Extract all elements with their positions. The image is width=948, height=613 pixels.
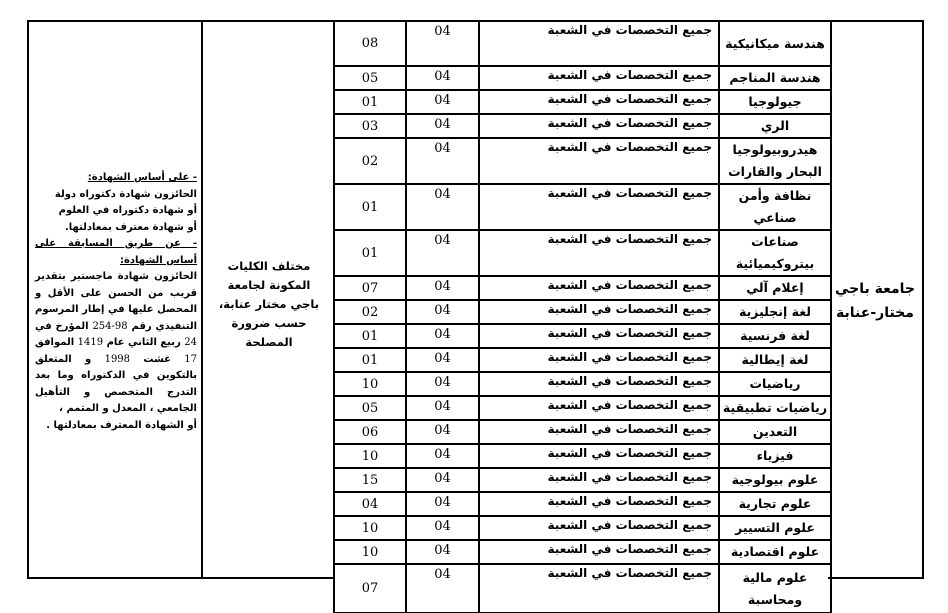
field-cell: لغة إنجليزية — [719, 300, 831, 324]
positions-count-cell: 02 — [334, 300, 406, 324]
field-cell: فيزياء — [719, 444, 831, 468]
years-cell: 04 — [406, 420, 479, 444]
years-cell: 04 — [406, 372, 479, 396]
magister-text-c: ربيع الثاني عام — [107, 337, 181, 348]
positions-count-cell: 07 — [334, 564, 406, 613]
years-cell: 04 — [406, 66, 479, 90]
field-cell: الري — [719, 114, 831, 138]
positions-count-cell: 10 — [334, 516, 406, 540]
field-cell: إعلام آلي — [719, 276, 831, 300]
field-cell: رياضيات — [719, 372, 831, 396]
magister-text-d: الموافق — [35, 337, 74, 348]
years-cell: 04 — [406, 184, 479, 230]
years-value: 04 — [407, 115, 478, 134]
years-value: 04 — [407, 397, 478, 416]
years-value: 04 — [407, 373, 478, 392]
field-cell: علوم بيولوجية — [719, 468, 831, 492]
table-row: 0104جميع التخصصات في الشعبةصناعات بيتروك… — [334, 230, 831, 276]
table-row: 1004جميع التخصصات في الشعبةرياضيات — [334, 372, 831, 396]
faculties-line-1: مختلف الكليات — [207, 257, 331, 276]
specialty-cell: جميع التخصصات في الشعبة — [479, 444, 719, 468]
field-cell: صناعات بيتروكيميائية — [719, 230, 831, 276]
requirements-doctorate-line3: أو شهادة معترف بمعادلتها. — [35, 220, 197, 237]
years-value: 04 — [407, 493, 478, 512]
years-cell: 04 — [406, 516, 479, 540]
years-value: 04 — [407, 91, 478, 110]
table-row: 0704جميع التخصصات في الشعبةعلوم مالية وم… — [334, 564, 831, 613]
field-cell: لغة فرنسية — [719, 324, 831, 348]
requirements-doctorate-line1: الحائزون شهادة دكتوراه دولة — [35, 187, 197, 204]
table-row: 0704جميع التخصصات في الشعبةإعلام آلي — [334, 276, 831, 300]
table-row: 1004جميع التخصصات في الشعبةفيزياء — [334, 444, 831, 468]
table-row: 0804جميع التخصصات في الشعبةهندسة ميكانيك… — [334, 21, 831, 66]
gregorian-year: 1998 — [105, 354, 130, 365]
years-cell: 04 — [406, 564, 479, 613]
positions-count-cell: 01 — [334, 90, 406, 114]
positions-table: 0804جميع التخصصات في الشعبةهندسة ميكانيك… — [333, 20, 832, 613]
specialty-cell: جميع التخصصات في الشعبة — [479, 90, 719, 114]
years-cell: 04 — [406, 21, 479, 66]
table-row: 0204جميع التخصصات في الشعبةلغة إنجليزية — [334, 300, 831, 324]
years-cell: 04 — [406, 540, 479, 564]
hijri-day: 24 — [184, 337, 197, 348]
positions-count-cell: 10 — [334, 372, 406, 396]
positions-count-cell: 05 — [334, 396, 406, 420]
requirements-equivalent-line: أو الشهادة المعترف بمعادلتها . — [35, 418, 197, 435]
years-value: 04 — [407, 22, 478, 41]
field-cell: جيولوجيا — [719, 90, 831, 114]
positions-count-cell: 02 — [334, 138, 406, 184]
years-cell: 04 — [406, 324, 479, 348]
table-row: 0304جميع التخصصات في الشعبةالري — [334, 114, 831, 138]
years-value: 04 — [407, 469, 478, 488]
specialty-cell: جميع التخصصات في الشعبة — [479, 348, 719, 372]
years-cell: 04 — [406, 300, 479, 324]
table-row: 0404جميع التخصصات في الشعبةعلوم تجارية — [334, 492, 831, 516]
positions-count-cell: 06 — [334, 420, 406, 444]
specialty-cell: جميع التخصصات في الشعبة — [479, 468, 719, 492]
years-value: 04 — [407, 421, 478, 440]
years-value: 04 — [407, 517, 478, 536]
magister-text-b: المؤرخ في — [35, 321, 89, 332]
positions-count-cell: 01 — [334, 230, 406, 276]
specialty-cell: جميع التخصصات في الشعبة — [479, 138, 719, 184]
positions-count-cell: 01 — [334, 324, 406, 348]
years-cell: 04 — [406, 492, 479, 516]
specialty-cell: جميع التخصصات في الشعبة — [479, 230, 719, 276]
years-value: 04 — [407, 139, 478, 158]
table-row: 0104جميع التخصصات في الشعبةلغة إيطالية — [334, 348, 831, 372]
specialty-cell: جميع التخصصات في الشعبة — [479, 114, 719, 138]
years-cell: 04 — [406, 230, 479, 276]
positions-count-cell: 10 — [334, 540, 406, 564]
years-cell: 04 — [406, 138, 479, 184]
years-value: 04 — [407, 185, 478, 204]
years-cell: 04 — [406, 444, 479, 468]
university-name-line-2: مختار-عنابة — [828, 301, 922, 325]
positions-count-cell: 04 — [334, 492, 406, 516]
years-value: 04 — [407, 445, 478, 464]
table-row: 1504جميع التخصصات في الشعبةعلوم بيولوجية — [334, 468, 831, 492]
years-cell: 04 — [406, 276, 479, 300]
years-value: 04 — [407, 277, 478, 296]
table-row: 1004جميع التخصصات في الشعبةعلوم اقتصادية — [334, 540, 831, 564]
field-cell: علوم تجارية — [719, 492, 831, 516]
field-cell: نظافة وأمن صناعي — [719, 184, 831, 230]
table-row: 0504جميع التخصصات في الشعبةرياضيات تطبيق… — [334, 396, 831, 420]
years-value: 04 — [407, 349, 478, 368]
magister-text-e: غشت — [143, 354, 171, 365]
years-value: 04 — [407, 301, 478, 320]
positions-table-body: 0804جميع التخصصات في الشعبةهندسة ميكانيك… — [334, 21, 831, 613]
field-cell: لغة إيطالية — [719, 348, 831, 372]
field-cell: علوم اقتصادية — [719, 540, 831, 564]
positions-count-cell: 01 — [334, 184, 406, 230]
specialty-cell: جميع التخصصات في الشعبة — [479, 516, 719, 540]
table-row: 0104جميع التخصصات في الشعبةنظافة وأمن صن… — [334, 184, 831, 230]
university-column: جامعة باجي مختار-عنابة — [828, 20, 924, 579]
hijri-year: 1419 — [78, 337, 103, 348]
requirements-column: - على أساس الشهادة: الحائزون شهادة دكتور… — [27, 20, 203, 579]
positions-count-cell: 10 — [334, 444, 406, 468]
positions-count-cell: 01 — [334, 348, 406, 372]
specialty-cell: جميع التخصصات في الشعبة — [479, 276, 719, 300]
specialty-cell: جميع التخصصات في الشعبة — [479, 21, 719, 66]
years-cell: 04 — [406, 114, 479, 138]
years-value: 04 — [407, 541, 478, 560]
faculties-column: مختلف الكليات المكونة لجامعة باجي مختار … — [201, 20, 335, 579]
specialty-cell: جميع التخصصات في الشعبة — [479, 66, 719, 90]
field-cell: علوم التسيير — [719, 516, 831, 540]
positions-count-cell: 07 — [334, 276, 406, 300]
requirements-magister-paragraph: الحائزون شهادة ماجستير بتقدير قريب من ال… — [35, 269, 197, 418]
years-cell: 04 — [406, 348, 479, 372]
specialty-cell: جميع التخصصات في الشعبة — [479, 300, 719, 324]
years-value: 04 — [407, 325, 478, 344]
university-name-line-1: جامعة باجي — [828, 277, 922, 301]
specialty-cell: جميع التخصصات في الشعبة — [479, 564, 719, 613]
years-value: 04 — [407, 231, 478, 250]
table-row: 0104جميع التخصصات في الشعبةجيولوجيا — [334, 90, 831, 114]
faculties-line-2: المكونة لجامعة — [207, 276, 331, 295]
positions-count-cell: 08 — [334, 21, 406, 66]
years-value: 04 — [407, 565, 478, 584]
years-cell: 04 — [406, 90, 479, 114]
field-cell: هندسة ميكانيكية — [719, 21, 831, 66]
field-cell: علوم مالية ومحاسبة — [719, 564, 831, 613]
table-row: 0204جميع التخصصات في الشعبةهيدروبيولوجيا… — [334, 138, 831, 184]
specialty-cell: جميع التخصصات في الشعبة — [479, 184, 719, 230]
specialty-cell: جميع التخصصات في الشعبة — [479, 324, 719, 348]
requirements-heading-competition: - عن طريق المسابقة على أساس الشهادة: — [35, 238, 197, 266]
specialty-cell: جميع التخصصات في الشعبة — [479, 540, 719, 564]
positions-count-cell: 15 — [334, 468, 406, 492]
positions-count-cell: 03 — [334, 114, 406, 138]
requirements-heading-diploma: - على أساس الشهادة: — [88, 172, 197, 183]
faculties-text: مختلف الكليات المكونة لجامعة باجي مختار … — [207, 257, 331, 352]
table-row: 1004جميع التخصصات في الشعبةعلوم التسيير — [334, 516, 831, 540]
field-cell: رياضيات تطبيقية — [719, 396, 831, 420]
specialty-cell: جميع التخصصات في الشعبة — [479, 492, 719, 516]
university-name: جامعة باجي مختار-عنابة — [828, 277, 922, 325]
years-value: 04 — [407, 67, 478, 86]
table-row: 0604جميع التخصصات في الشعبةالتعدين — [334, 420, 831, 444]
faculties-line-3: باجي مختار عنابة، — [207, 295, 331, 314]
table-row: 0104جميع التخصصات في الشعبةلغة فرنسية — [334, 324, 831, 348]
gregorian-day: 17 — [184, 354, 197, 365]
years-cell: 04 — [406, 396, 479, 420]
specialty-cell: جميع التخصصات في الشعبة — [479, 396, 719, 420]
years-cell: 04 — [406, 468, 479, 492]
field-cell: التعدين — [719, 420, 831, 444]
specialty-cell: جميع التخصصات في الشعبة — [479, 420, 719, 444]
faculties-line-4: حسب ضرورة المصلحة — [207, 314, 331, 352]
field-cell: هيدروبيولوجيا البحار والقارات — [719, 138, 831, 184]
requirements-doctorate-line2: أو شهادة دكتوراه في العلوم — [35, 203, 197, 220]
field-cell: هندسة المناجم — [719, 66, 831, 90]
requirements-text: - على أساس الشهادة: الحائزون شهادة دكتور… — [35, 170, 197, 434]
table-row: 0504جميع التخصصات في الشعبةهندسة المناجم — [334, 66, 831, 90]
positions-count-cell: 05 — [334, 66, 406, 90]
specialty-cell: جميع التخصصات في الشعبة — [479, 372, 719, 396]
decree-number: 98-254 — [92, 321, 127, 332]
